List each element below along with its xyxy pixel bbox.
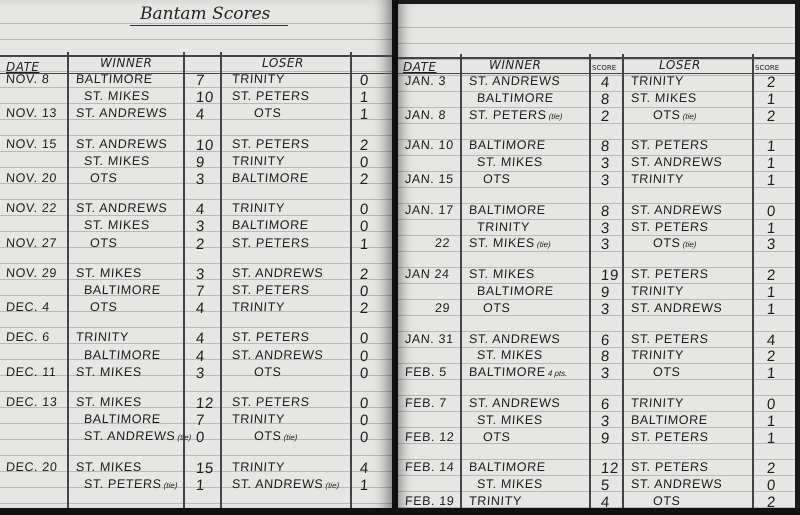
loser-score: 1	[766, 138, 776, 155]
loser-score: 0	[359, 283, 369, 300]
winner-score: 3	[600, 301, 610, 318]
winner-score: 4	[195, 330, 205, 347]
winner-team: TRINITY	[477, 220, 531, 234]
game-date: FEB. 5	[405, 365, 448, 379]
loser-score: 1	[359, 236, 369, 253]
winner-score: 2	[195, 236, 205, 253]
loser-team: ST. MIKES	[631, 91, 698, 105]
left-page: Bantam Scores DATE WINNER LOSER NOV. 8BA…	[0, 0, 393, 510]
loser-team: ST. ANDREWS	[631, 155, 723, 169]
winner-score: 3	[195, 171, 205, 188]
loser-score: 4	[766, 332, 776, 349]
loser-score: 3	[766, 236, 776, 253]
loser-note: (tie)	[323, 481, 340, 490]
loser-team: BALTIMORE	[232, 218, 310, 232]
winner-score: 12	[600, 460, 619, 477]
winner-team: OTS	[483, 301, 511, 315]
loser-team: TRINITY	[232, 201, 286, 215]
loser-team: ST. ANDREWS	[631, 203, 723, 217]
loser-team: ST. ANDREWS (tie)	[232, 477, 340, 491]
winner-score: 8	[600, 348, 610, 365]
loser-team: TRINITY	[631, 74, 685, 88]
loser-team: OTS	[653, 365, 681, 379]
loser-score: 1	[766, 284, 776, 301]
game-date: FEB. 12	[405, 430, 455, 444]
winner-team: OTS	[90, 236, 118, 250]
winner-score: 3	[600, 365, 610, 382]
winner-note: (tie)	[534, 240, 551, 249]
loser-team: BALTIMORE	[232, 171, 310, 185]
winner-team: BALTIMORE	[84, 348, 162, 362]
winner-score: 6	[600, 332, 610, 349]
winner-team: ST. MIKES	[477, 413, 544, 427]
game-date: FEB. 14	[405, 460, 455, 474]
header-winner: WINNER	[100, 56, 152, 70]
winner-team: ST. ANDREWS	[76, 201, 168, 215]
winner-score: 0	[195, 429, 205, 446]
loser-team: ST. ANDREWS	[631, 301, 723, 315]
winner-score: 3	[600, 172, 610, 189]
game-date: DEC. 6	[6, 330, 51, 344]
winner-note: (tie)	[161, 481, 178, 490]
winner-note: (tie)	[546, 112, 563, 121]
game-date: NOV. 22	[6, 201, 58, 215]
loser-score: 1	[766, 413, 776, 430]
loser-team: ST. PETERS	[232, 330, 311, 344]
loser-team: ST. PETERS	[232, 283, 311, 297]
winner-team: ST. MIKES	[84, 218, 151, 232]
winner-team: BALTIMORE 4 pts.	[469, 365, 568, 379]
winner-team: BALTIMORE	[477, 284, 555, 298]
loser-score: 4	[359, 460, 369, 477]
winner-team: ST. ANDREWS	[469, 74, 561, 88]
loser-note: (tie)	[680, 240, 697, 249]
game-date: DEC. 13	[6, 395, 58, 409]
winner-score: 9	[600, 430, 610, 447]
winner-score: 15	[195, 460, 214, 477]
winner-team: ST. MIKES	[76, 460, 143, 474]
winner-team: ST. MIKES	[84, 89, 151, 103]
loser-score: 2	[766, 74, 776, 91]
loser-team: OTS (tie)	[254, 429, 298, 443]
winner-score: 4	[195, 201, 205, 218]
loser-score: 1	[766, 155, 776, 172]
loser-score: 2	[766, 460, 776, 477]
winner-team: BALTIMORE	[76, 72, 154, 86]
loser-score: 2	[359, 266, 369, 283]
game-date: JAN. 10	[405, 138, 455, 152]
winner-team: BALTIMORE	[469, 460, 547, 474]
loser-score: 1	[359, 477, 369, 494]
winner-team: ST. MIKES	[84, 154, 151, 168]
game-date: JAN. 15	[405, 172, 455, 186]
loser-score: 0	[766, 203, 776, 220]
loser-score: 0	[359, 365, 369, 382]
column-divider	[622, 54, 624, 514]
game-date: JAN. 17	[405, 203, 455, 217]
scorebook: Bantam Scores DATE WINNER LOSER NOV. 8BA…	[0, 0, 800, 515]
winner-score: 3	[600, 236, 610, 253]
winner-team: ST. MIKES	[477, 348, 544, 362]
column-divider	[589, 54, 591, 514]
header-rule-top	[397, 57, 795, 59]
header-winner: WINNER	[489, 58, 541, 72]
header-loser-score: SCORE	[755, 64, 779, 72]
winner-score: 5	[600, 477, 610, 494]
loser-team: OTS	[653, 494, 681, 508]
winner-score: 9	[600, 284, 610, 301]
winner-score: 10	[195, 137, 214, 154]
winner-team: ST. MIKES (tie)	[469, 236, 552, 250]
winner-team: ST. MIKES	[76, 266, 143, 280]
loser-team: ST. PETERS	[631, 430, 710, 444]
game-date: JAN. 3	[405, 74, 447, 88]
loser-score: 0	[766, 396, 776, 413]
game-date: JAN 24	[405, 267, 451, 281]
winner-team: OTS	[483, 172, 511, 186]
winner-team: BALTIMORE	[477, 91, 555, 105]
winner-team: BALTIMORE	[469, 203, 547, 217]
winner-score: 9	[195, 154, 205, 171]
loser-team: TRINITY	[232, 412, 286, 426]
winner-score: 3	[195, 266, 205, 283]
loser-team: ST. PETERS	[232, 89, 311, 103]
game-date: DEC. 4	[6, 300, 51, 314]
loser-score: 1	[359, 106, 369, 123]
winner-team: OTS	[90, 171, 118, 185]
loser-score: 0	[359, 348, 369, 365]
winner-score: 4	[195, 106, 205, 123]
winner-team: TRINITY	[76, 330, 130, 344]
winner-score: 4	[600, 74, 610, 91]
winner-team: OTS	[483, 430, 511, 444]
loser-score: 1	[766, 430, 776, 447]
game-date: DEC. 11	[6, 365, 57, 379]
loser-team: OTS	[254, 106, 282, 120]
loser-team: TRINITY	[232, 72, 286, 86]
winner-note: (tie)	[175, 433, 192, 442]
winner-score: 3	[195, 365, 205, 382]
column-divider	[220, 52, 222, 510]
winner-team: ST. ANDREWS	[469, 332, 561, 346]
winner-score: 6	[600, 396, 610, 413]
loser-score: 0	[766, 477, 776, 494]
winner-score: 7	[195, 72, 205, 89]
loser-team: ST. PETERS	[631, 220, 710, 234]
winner-score: 3	[195, 218, 205, 235]
header-rule-bottom	[397, 73, 795, 74]
winner-score: 3	[600, 220, 610, 237]
game-date: FEB. 19	[405, 494, 455, 508]
loser-score: 0	[359, 429, 369, 446]
loser-team: TRINITY	[631, 348, 685, 362]
game-date: NOV. 20	[6, 171, 58, 185]
winner-team: ST. ANDREWS	[469, 396, 561, 410]
winner-team: BALTIMORE	[469, 138, 547, 152]
loser-score: 0	[359, 330, 369, 347]
winner-team: ST. PETERS (tie)	[469, 108, 564, 122]
loser-team: TRINITY	[631, 284, 685, 298]
game-date: 29	[435, 301, 451, 315]
header-winner-score: SCORE	[592, 64, 616, 72]
winner-team: BALTIMORE	[84, 283, 162, 297]
winner-team: ST. MIKES	[477, 477, 544, 491]
winner-score: 2	[600, 108, 610, 125]
loser-score: 1	[766, 91, 776, 108]
loser-score: 0	[359, 218, 369, 235]
loser-score: 0	[359, 201, 369, 218]
game-date: DEC. 20	[6, 460, 58, 474]
winner-team: ST. ANDREWS	[76, 106, 168, 120]
game-date: JAN. 31	[405, 332, 455, 346]
loser-team: TRINITY	[232, 460, 286, 474]
winner-score: 3	[600, 155, 610, 172]
loser-team: TRINITY	[232, 300, 286, 314]
loser-score: 2	[359, 137, 369, 154]
loser-team: TRINITY	[232, 154, 286, 168]
winner-team: BALTIMORE	[84, 412, 162, 426]
game-date: FEB. 7	[405, 396, 448, 410]
loser-score: 0	[359, 395, 369, 412]
loser-team: ST. ANDREWS	[631, 477, 723, 491]
right-page: DATE WINNER SCORE LOSER SCORE JAN. 3ST. …	[397, 4, 795, 514]
loser-note: (tie)	[680, 112, 697, 121]
winner-team: ST. MIKES	[477, 155, 544, 169]
loser-score: 0	[359, 72, 369, 89]
loser-score: 2	[359, 171, 369, 188]
loser-score: 1	[766, 220, 776, 237]
game-date: NOV. 13	[6, 106, 58, 120]
winner-team: ST. MIKES	[76, 395, 143, 409]
header-date: DATE	[403, 60, 437, 74]
winner-score: 1	[195, 477, 205, 494]
column-divider	[350, 52, 352, 510]
winner-score: 8	[600, 91, 610, 108]
loser-score: 1	[359, 89, 369, 106]
game-date: NOV. 29	[6, 266, 58, 280]
loser-score: 0	[359, 154, 369, 171]
loser-score: 1	[766, 172, 776, 189]
loser-team: TRINITY	[631, 396, 685, 410]
loser-score: 1	[766, 301, 776, 318]
winner-score: 10	[195, 89, 214, 106]
game-date: 22	[435, 236, 451, 250]
winner-team: ST. PETERS (tie)	[84, 477, 179, 491]
loser-team: ST. PETERS	[232, 236, 311, 250]
column-divider	[67, 52, 69, 510]
loser-score: 2	[766, 267, 776, 284]
winner-score: 12	[195, 395, 214, 412]
winner-note: 4 pts.	[545, 369, 567, 378]
winner-score: 7	[195, 283, 205, 300]
loser-team: ST. PETERS	[232, 395, 311, 409]
loser-team: TRINITY	[631, 172, 685, 186]
winner-score: 3	[600, 413, 610, 430]
winner-score: 4	[195, 348, 205, 365]
loser-team: ST. PETERS	[232, 137, 311, 151]
winner-score: 8	[600, 138, 610, 155]
loser-team: ST. PETERS	[631, 332, 710, 346]
loser-score: 2	[359, 300, 369, 317]
header-rule-top	[0, 55, 393, 57]
game-date: NOV. 8	[6, 72, 50, 86]
winner-team: OTS	[90, 300, 118, 314]
winner-team: ST. ANDREWS	[76, 137, 168, 151]
loser-score: 2	[766, 108, 776, 125]
loser-team: ST. PETERS	[631, 267, 710, 281]
winner-team: ST. ANDREWS (tie)	[84, 429, 192, 443]
winner-score: 19	[600, 267, 619, 284]
game-date: JAN. 8	[405, 108, 447, 122]
header-loser: LOSER	[659, 58, 701, 72]
loser-team: BALTIMORE	[631, 413, 709, 427]
game-date: NOV. 15	[6, 137, 58, 151]
header-loser: LOSER	[262, 56, 304, 70]
book-edge	[0, 508, 800, 515]
loser-note: (tie)	[281, 433, 298, 442]
column-divider	[752, 54, 754, 514]
loser-team: OTS	[254, 365, 282, 379]
loser-team: ST. ANDREWS	[232, 266, 324, 280]
winner-team: ST. MIKES	[76, 365, 143, 379]
book-binding	[392, 0, 398, 515]
loser-team: ST. ANDREWS	[232, 348, 324, 362]
column-divider	[460, 54, 462, 514]
loser-score: 1	[766, 365, 776, 382]
loser-team: ST. PETERS	[631, 138, 710, 152]
winner-team: TRINITY	[469, 494, 523, 508]
winner-score: 7	[195, 412, 205, 429]
loser-score: 0	[359, 412, 369, 429]
loser-team: OTS (tie)	[653, 108, 697, 122]
game-date: NOV. 27	[6, 236, 58, 250]
loser-team: OTS (tie)	[653, 236, 697, 250]
loser-team: ST. PETERS	[631, 460, 710, 474]
winner-score: 4	[195, 300, 205, 317]
loser-score: 2	[766, 348, 776, 365]
winner-score: 8	[600, 203, 610, 220]
winner-team: ST. MIKES	[469, 267, 536, 281]
page-title: Bantam Scores	[130, 4, 288, 26]
